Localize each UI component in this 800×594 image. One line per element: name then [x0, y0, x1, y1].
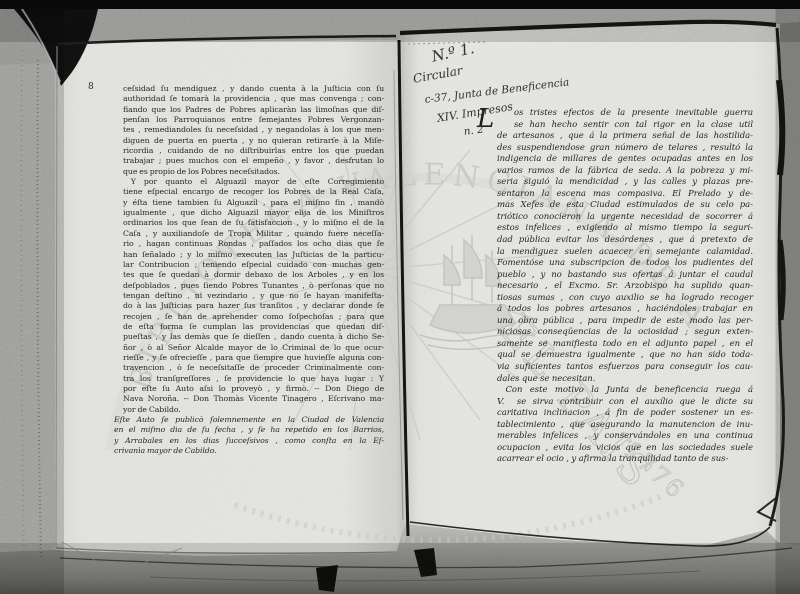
scan-grain-overlay	[0, 0, 800, 594]
book-scan-photo: BIBLIOTECA VALENCIANA DE A	[0, 0, 800, 594]
top-black-bar	[0, 0, 800, 9]
